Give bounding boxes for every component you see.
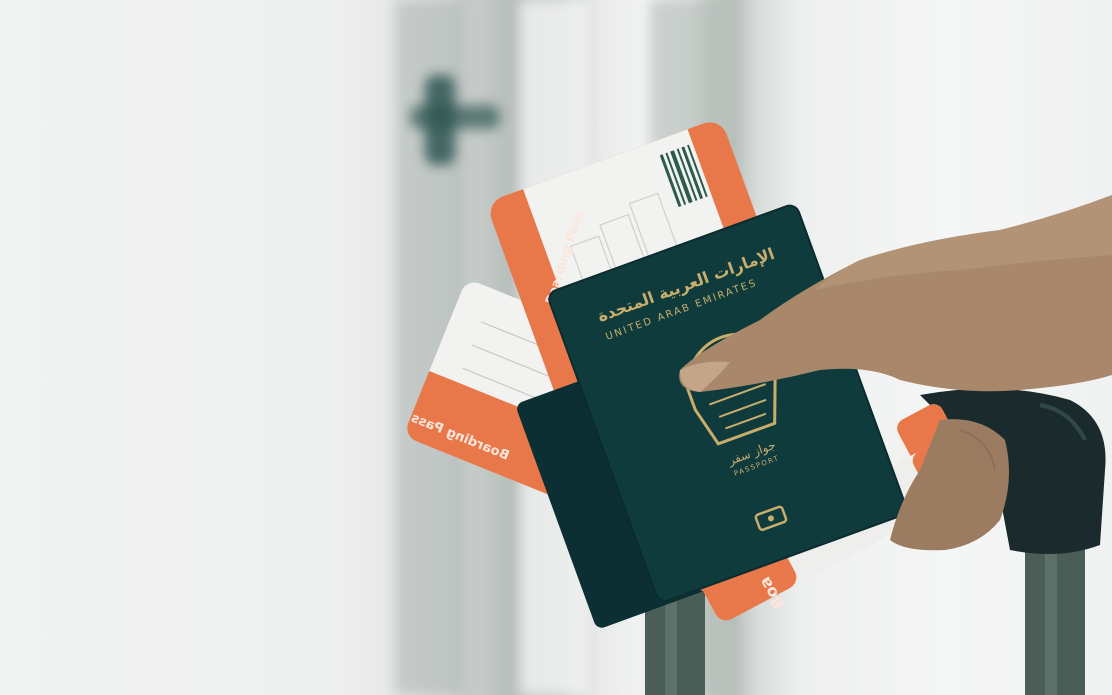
photo-scene: Boarding Pass Boarding Pass [0,0,1112,695]
foreground-illustration: Boarding Pass Boarding Pass [0,0,1112,695]
